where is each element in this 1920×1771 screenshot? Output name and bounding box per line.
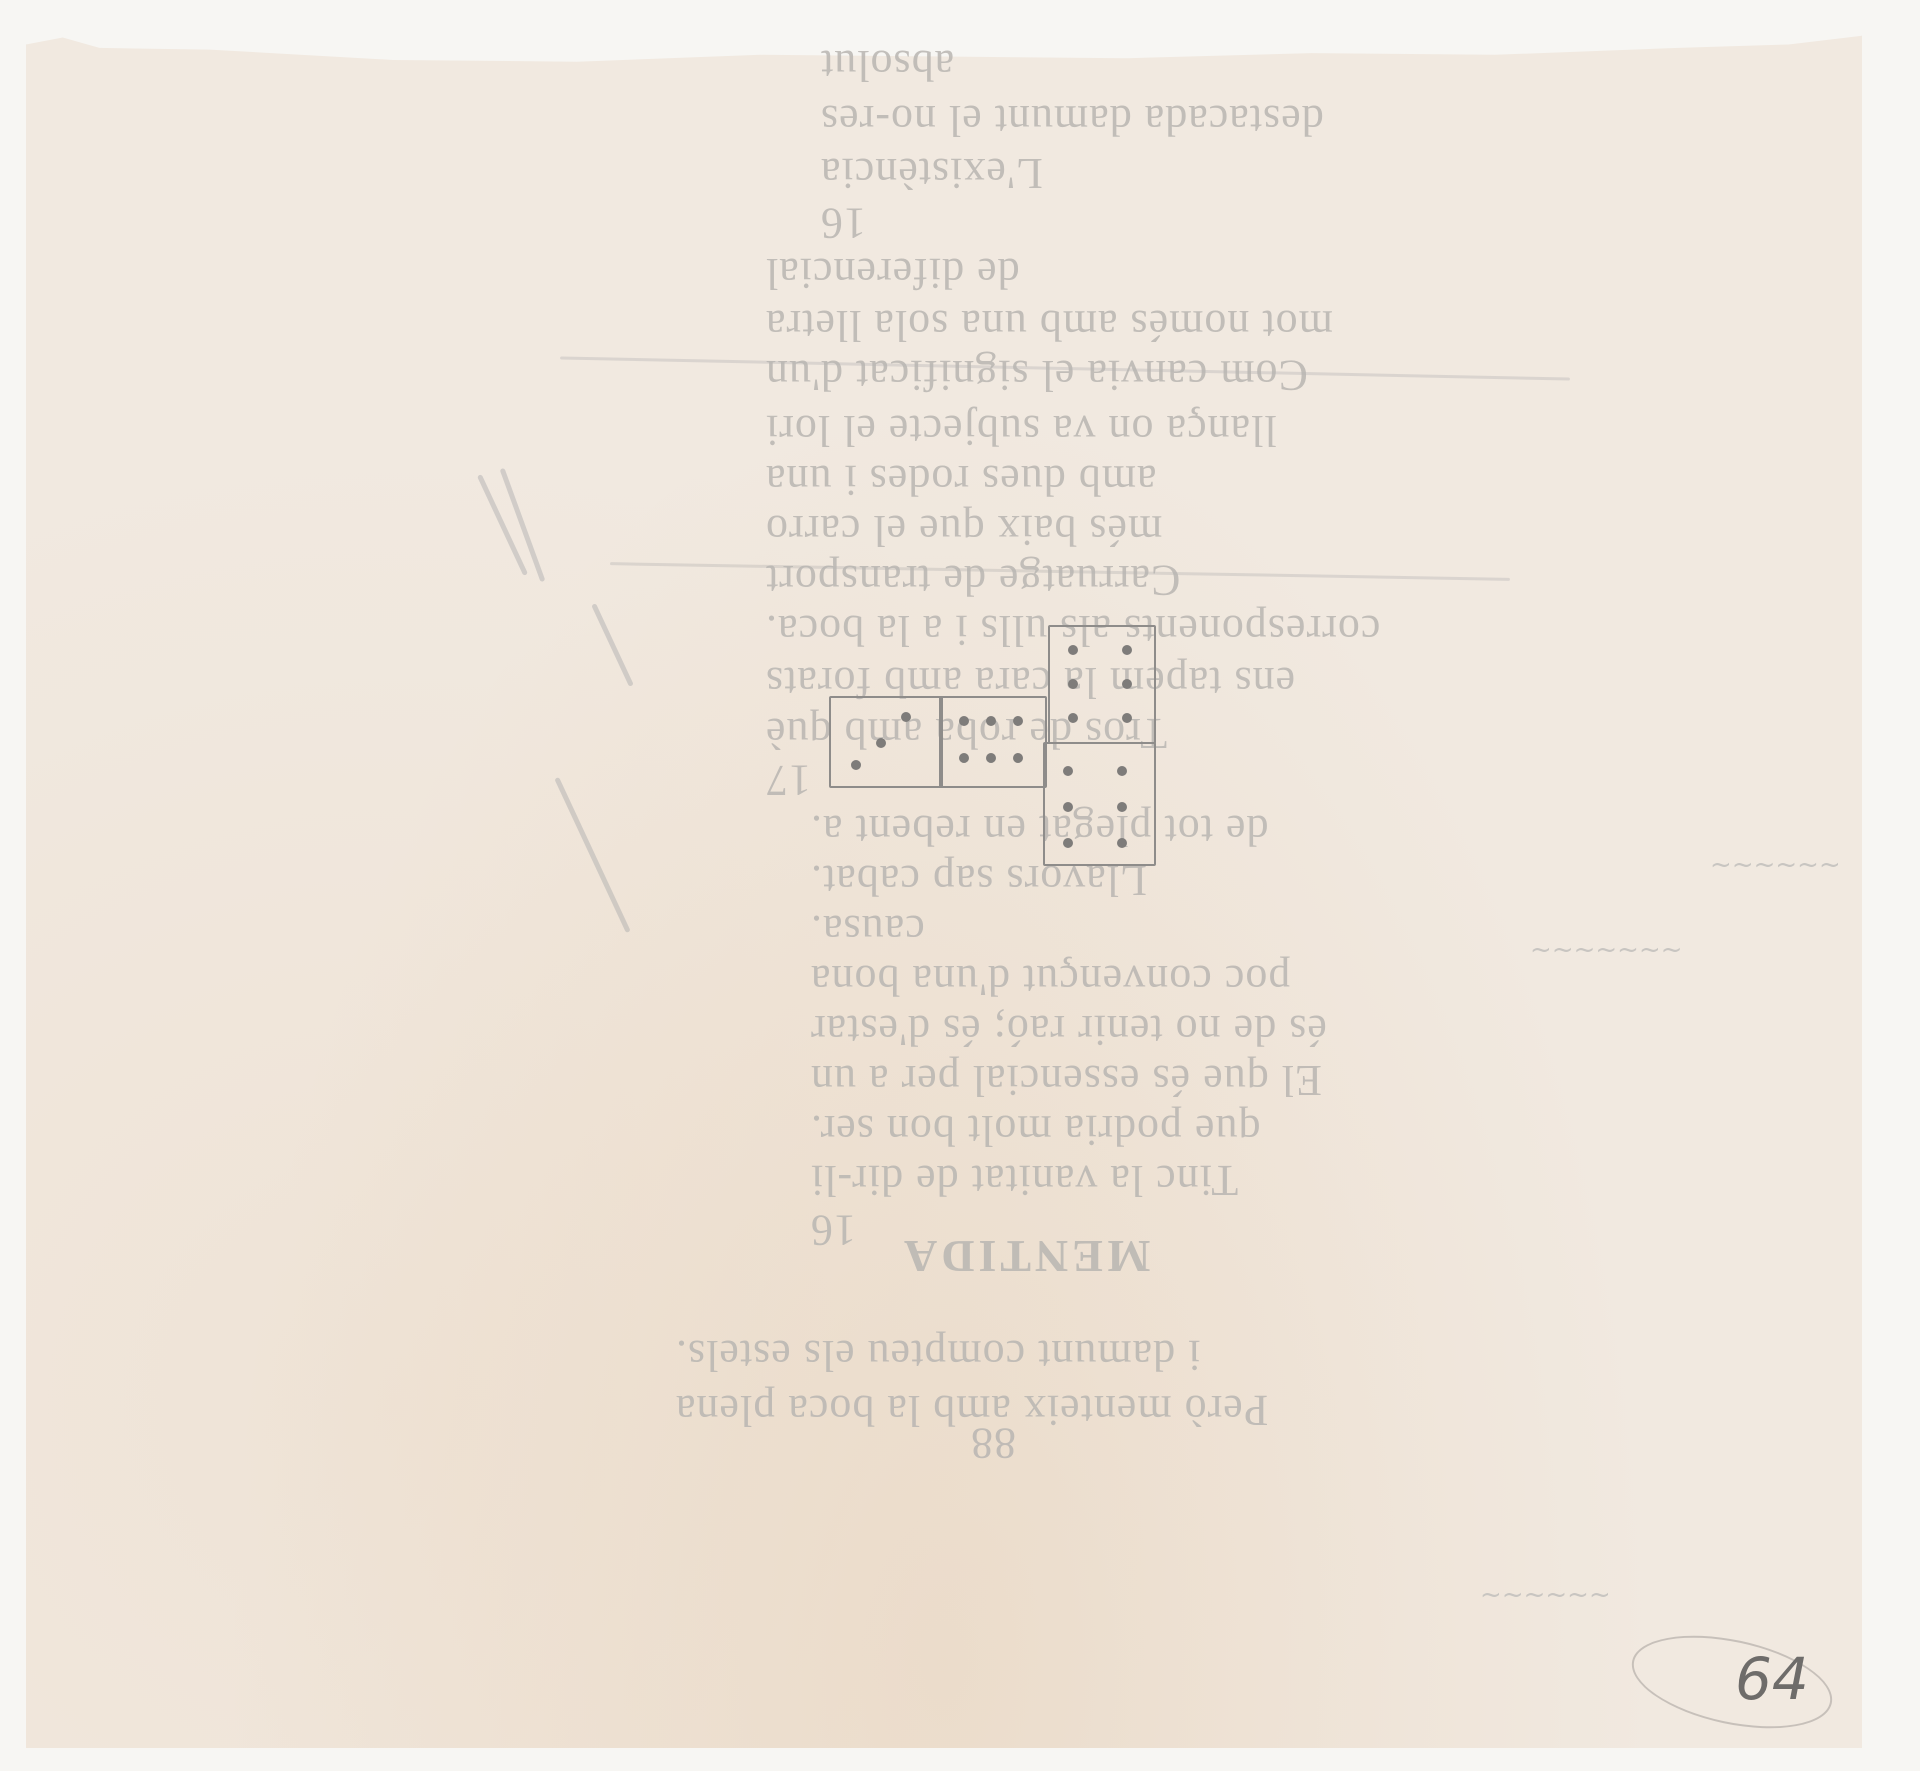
bleed-through-line: és de no tenir raó; és d'estar: [810, 1005, 1327, 1056]
domino-tile: [939, 696, 1047, 788]
bleed-through-line: poc convençut d'una bona: [810, 955, 1290, 1006]
bleed-through-line: de tot plegat en rebent a.: [810, 805, 1268, 856]
bleed-through-line: 17: [765, 755, 811, 806]
bleed-through-line: 16: [810, 1205, 856, 1256]
bleed-through-page-number: 88: [970, 1418, 1016, 1469]
bleed-through-line: destacada damunt el no-res: [820, 95, 1324, 146]
bleed-through-line: mot només amb una sola lletra: [765, 300, 1333, 351]
domino-tile: [1048, 625, 1156, 744]
bleed-through-line: que podria molt bon ser.: [810, 1105, 1261, 1156]
bleed-through-title: MENTIDA: [900, 1230, 1150, 1283]
bleed-through-line: El que és essencial per a un: [810, 1055, 1322, 1106]
bleed-through-line: Com canvia el significat d'un: [765, 350, 1308, 401]
faint-scribble: ~~~~~~~: [1530, 935, 1683, 965]
domino-tile: [1043, 742, 1156, 866]
faint-scribble: ~~~~~~: [1480, 1580, 1611, 1610]
bleed-through-line: i damunt compteu els estels.: [675, 1330, 1200, 1381]
bleed-through-line: llança on va subjecte el lori: [765, 405, 1277, 456]
domino-tile: [829, 696, 943, 788]
bleed-through-line: L'existència: [820, 148, 1043, 199]
bleed-through-line: absolut: [820, 40, 954, 91]
bleed-through-line: causa.: [810, 905, 925, 956]
archive-number: 64: [1735, 1645, 1809, 1713]
bleed-through-line: més baix que el carro: [765, 505, 1162, 556]
bleed-through-line: Tinc la vanitat de dir-li: [810, 1155, 1238, 1206]
bleed-through-line: de diferencial: [765, 248, 1020, 299]
bleed-through-line: Carruatge de transport: [765, 555, 1180, 606]
bleed-through-line: 16: [820, 198, 866, 249]
bleed-through-line: amb dues rodes i una: [765, 455, 1156, 506]
faint-scribble: ~~~~~~: [1710, 850, 1841, 880]
